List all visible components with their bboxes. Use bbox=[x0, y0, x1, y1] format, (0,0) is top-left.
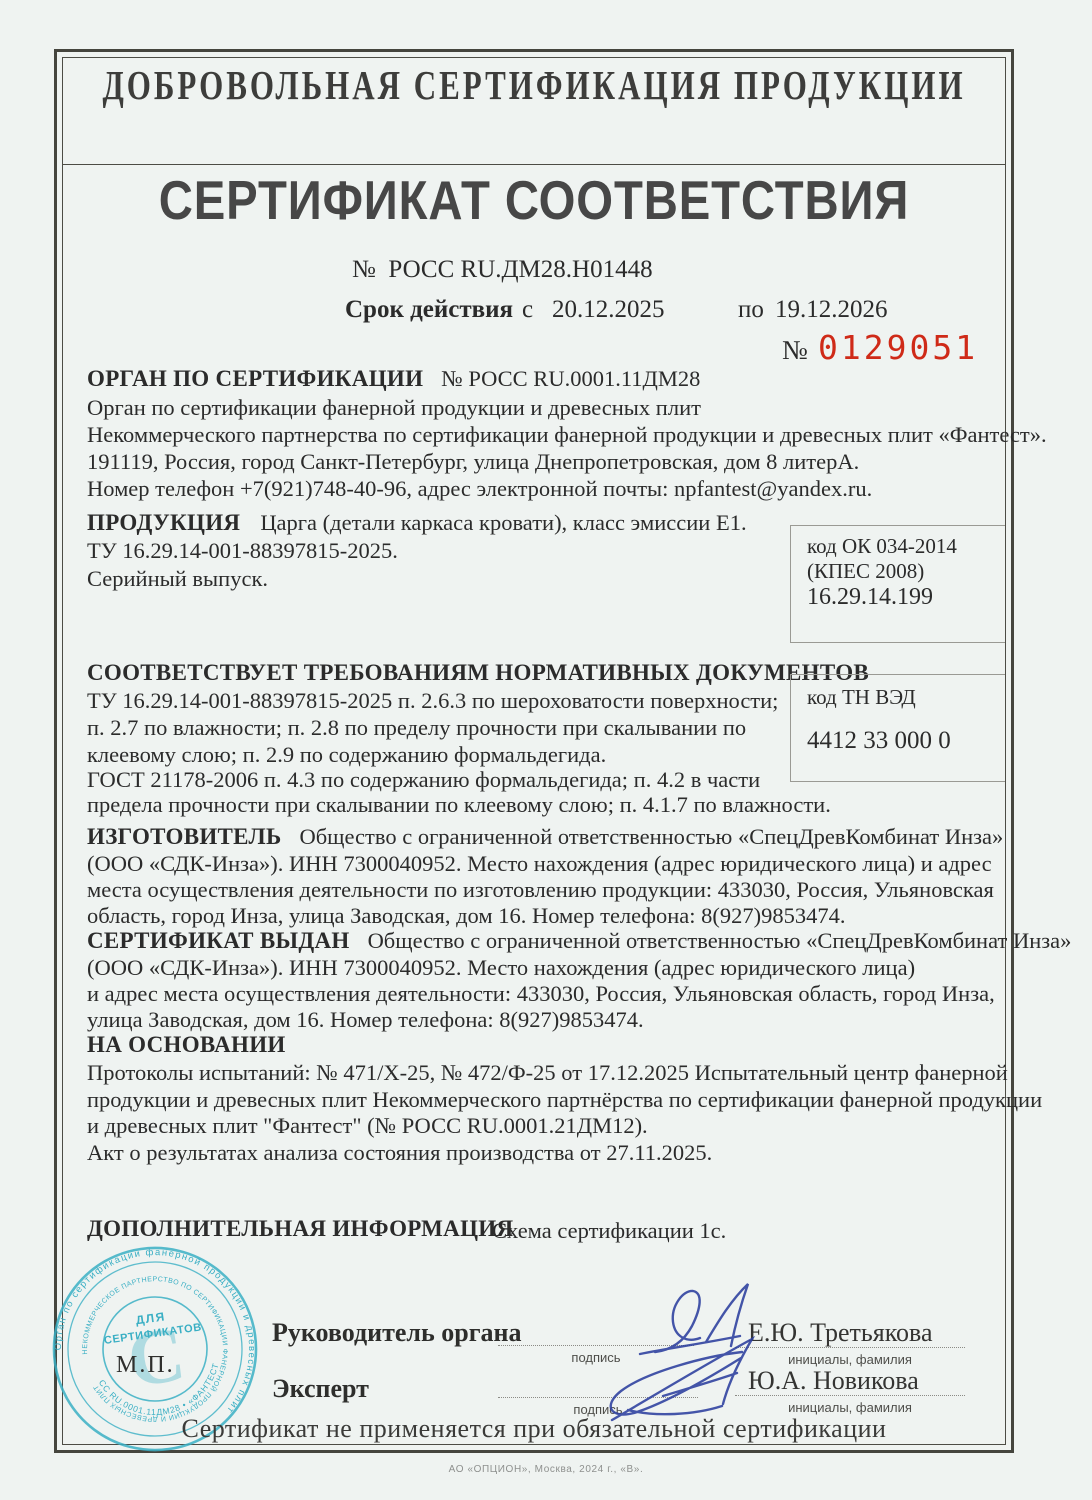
header-separator-line bbox=[63, 164, 1005, 165]
issued-to-line: и адрес места осуществления деятельности… bbox=[87, 981, 995, 1007]
basis-line: и древесных плит "Фантест" (№ РОСС RU.00… bbox=[87, 1113, 648, 1139]
certificate-number-value: РОСС RU.ДМ28.Н01448 bbox=[388, 256, 652, 283]
compliance-line: п. 2.7 по влажности; п. 2.8 по пределу п… bbox=[87, 715, 746, 741]
compliance-line: ГОСТ 21178-2006 п. 4.3 по содержанию фор… bbox=[87, 767, 760, 793]
manufacturer-heading: ИЗГОТОВИТЕЛЬ Общество с ограниченной отв… bbox=[87, 824, 1003, 850]
compliance-line: предела прочности при скалывании по клее… bbox=[87, 792, 831, 818]
issued-to-line: улица Заводская, дом 16. Номер телефона:… bbox=[87, 1007, 644, 1033]
tn-ved-label: код ТН ВЭД bbox=[807, 685, 916, 710]
issued-to-heading: СЕРТИФИКАТ ВЫДАН Общество с ограниченной… bbox=[87, 928, 1071, 954]
head-signature-line bbox=[498, 1345, 694, 1346]
footer-note: Сертификат не применяется при обязательн… bbox=[63, 1414, 1005, 1444]
basis-line: продукции и древесных плит Некоммерческо… bbox=[87, 1087, 1042, 1113]
certification-body-line: 191119, Россия, город Санкт-Петербург, у… bbox=[87, 449, 859, 475]
certification-body-line: Номер телефон +7(921)748-40-96, адрес эл… bbox=[87, 476, 872, 502]
manufacturer-line: (ООО «СДК-Инза»). ИНН 7300040952. Место … bbox=[87, 851, 992, 877]
expert-name: Ю.А. Новикова bbox=[748, 1366, 919, 1396]
product-name: Царга (детали каркаса кровати), класс эм… bbox=[260, 510, 746, 535]
ok-code-line1: код ОК 034-2014 bbox=[807, 534, 957, 559]
manufacturer-label: ИЗГОТОВИТЕЛЬ bbox=[87, 824, 281, 849]
compliance-label: СООТВЕТСТВУЕТ ТРЕБОВАНИЯМ НОРМАТИВНЫХ ДО… bbox=[87, 660, 869, 686]
additional-info-value: Схема сертификации 1с. bbox=[492, 1218, 726, 1244]
print-house-info: АО «ОПЦИОН», Москва, 2024 г., «В». bbox=[0, 1464, 1092, 1475]
compliance-line: ТУ 16.29.14-001-88397815-2025 п. 2.6.3 п… bbox=[87, 688, 778, 714]
voluntary-certification-banner: ДОБРОВОЛЬНАЯ СЕРТИФИКАЦИЯ ПРОДУКЦИИ bbox=[63, 62, 1005, 110]
manufacturer-line: область, город Инза, улица Заводская, до… bbox=[87, 903, 846, 929]
head-name-caption: инициалы, фамилия bbox=[735, 1352, 965, 1367]
issued-to-line: (ООО «СДК-Инза»). ИНН 7300040952. Место … bbox=[87, 955, 915, 981]
validity-to-label: по bbox=[738, 296, 764, 324]
ok-code-value: 16.29.14.199 bbox=[807, 584, 933, 611]
product-heading: ПРОДУКЦИЯ Царга (детали каркаса кровати)… bbox=[87, 510, 747, 536]
tn-ved-value: 4412 33 000 0 bbox=[807, 727, 951, 755]
validity-from-date: 20.12.2025 bbox=[552, 296, 665, 324]
compliance-line: клеевому слою; п. 2.9 по содержанию форм… bbox=[87, 742, 606, 768]
product-label: ПРОДУКЦИЯ bbox=[87, 510, 240, 535]
certification-body-number: № РОСС RU.0001.11ДМ28 bbox=[441, 366, 700, 391]
certificate-number-prefix: № bbox=[352, 256, 376, 283]
certification-body-line: Некоммерческого партнерства по сертифика… bbox=[87, 422, 1047, 448]
manufacturer-first-line: Общество с ограниченной ответственностью… bbox=[299, 824, 1003, 849]
certification-body-line: Орган по сертификации фанерной продукции… bbox=[87, 395, 701, 421]
ok-code-box: код ОК 034-2014 (КПЕС 2008) 16.29.14.199 bbox=[790, 525, 1005, 643]
ok-code-line2: (КПЕС 2008) bbox=[807, 559, 924, 584]
validity-from-label: с bbox=[522, 296, 533, 324]
expert-name-line bbox=[735, 1395, 965, 1396]
issued-to-label: СЕРТИФИКАТ ВЫДАН bbox=[87, 928, 350, 953]
head-role-label: Руководитель органа bbox=[272, 1318, 522, 1348]
stamp-place-label: М.П. bbox=[116, 1352, 175, 1379]
blank-number-prefix: № bbox=[782, 335, 808, 366]
expert-signature-line bbox=[498, 1397, 698, 1398]
certification-body-label: ОРГАН ПО СЕРТИФИКАЦИИ bbox=[87, 366, 423, 391]
validity-to-date: 19.12.2026 bbox=[775, 296, 888, 324]
basis-line: Протоколы испытаний: № 471/Х-25, № 472/Ф… bbox=[87, 1060, 1008, 1086]
issued-to-first-line: Общество с ограниченной ответственностью… bbox=[368, 928, 1072, 953]
expert-name-caption: инициалы, фамилия bbox=[735, 1400, 965, 1415]
basis-line: Акт о результатах анализа состояния прои… bbox=[87, 1140, 712, 1166]
blank-number-value: 0129051 bbox=[818, 328, 978, 367]
certification-body-heading: ОРГАН ПО СЕРТИФИКАЦИИ № РОСС RU.0001.11Д… bbox=[87, 366, 700, 392]
head-name-line bbox=[735, 1347, 965, 1348]
certificate-title: СЕРТИФИКАТ СООТВЕТСТВИЯ bbox=[129, 168, 939, 232]
certificate-number-line: № РОСС RU.ДМ28.Н01448 bbox=[352, 256, 653, 284]
basis-label: НА ОСНОВАНИИ bbox=[87, 1032, 286, 1058]
head-signature-caption: подпись bbox=[498, 1350, 694, 1365]
certificate-page: ДОБРОВОЛЬНАЯ СЕРТИФИКАЦИЯ ПРОДУКЦИИ СЕРТ… bbox=[0, 0, 1092, 1500]
head-name: Е.Ю. Третьякова bbox=[748, 1318, 933, 1348]
validity-label: Срок действия bbox=[345, 296, 513, 323]
tn-ved-box: код ТН ВЭД 4412 33 000 0 bbox=[790, 674, 1005, 782]
additional-info-label: ДОПОЛНИТЕЛЬНАЯ ИНФОРМАЦИЯ bbox=[87, 1216, 513, 1242]
product-line: Серийный выпуск. bbox=[87, 566, 268, 592]
manufacturer-line: места осуществления деятельности по изго… bbox=[87, 877, 994, 903]
validity-line: Срок действия bbox=[345, 296, 513, 324]
expert-role-label: Эксперт bbox=[272, 1374, 369, 1404]
product-line: ТУ 16.29.14-001-88397815-2025. bbox=[87, 538, 398, 564]
